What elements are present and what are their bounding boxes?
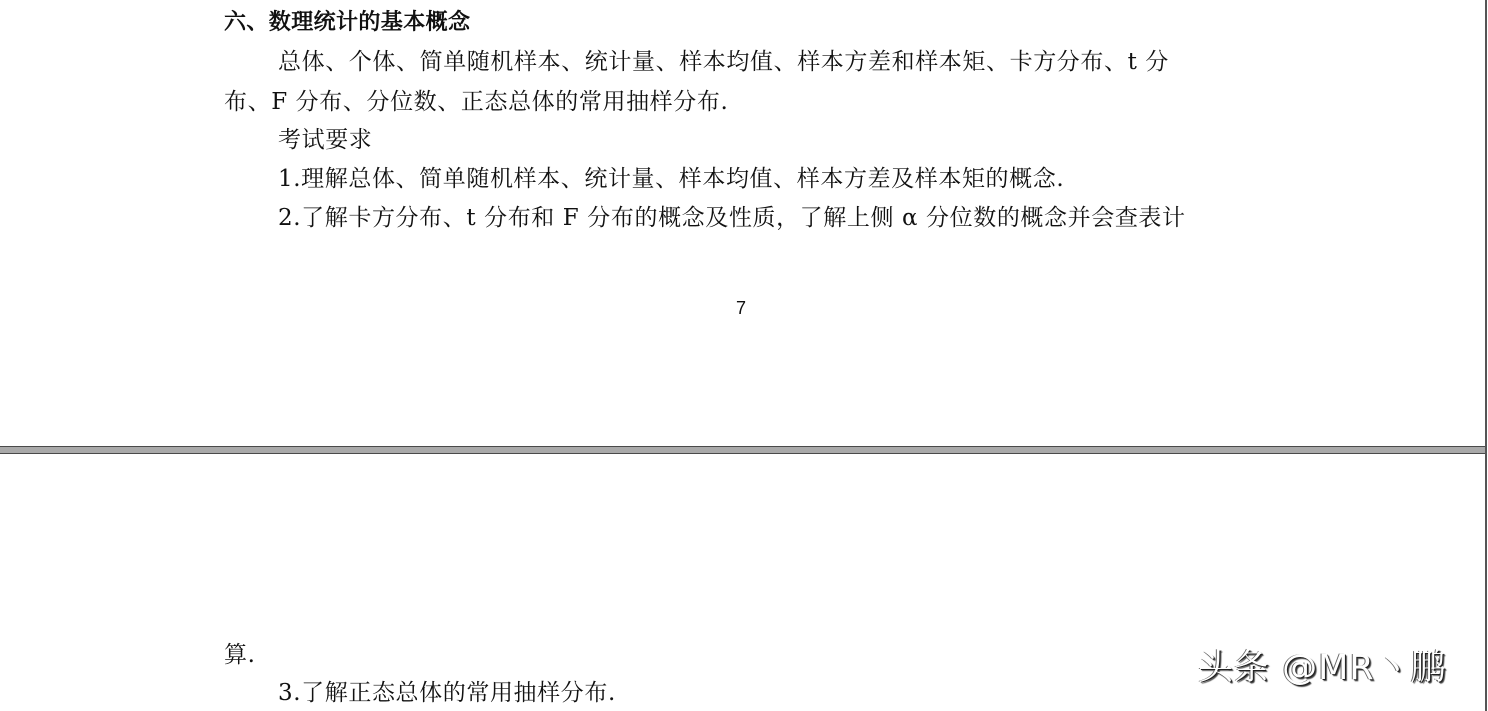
document-viewport[interactable]: 六、数理统计的基本概念 总体、个体、简单随机样本、统计量、样本均值、样本方差和样… (0, 0, 1488, 711)
concept-paragraph-line-2: 布、F 分布、分位数、正态总体的常用抽样分布. (224, 87, 728, 117)
watermark-text: 头条 @MR丶鹏 (1198, 646, 1447, 690)
page-number: 7 (736, 297, 746, 319)
section-heading: 六、数理统计的基本概念 (224, 8, 470, 38)
requirement-item-3: 3.了解正态总体的常用抽样分布. (278, 678, 616, 708)
page-right-border (1485, 0, 1487, 711)
requirement-item-2: 2.了解卡方分布、t 分布和 F 分布的概念及性质，了解上侧 α 分位数的概念并… (278, 203, 1186, 233)
requirement-item-2-continued: 算. (224, 640, 256, 670)
requirements-title: 考试要求 (278, 125, 372, 155)
document-page-7: 六、数理统计的基本概念 总体、个体、简单随机样本、统计量、样本均值、样本方差和样… (0, 0, 1486, 446)
page-break-separator (0, 446, 1486, 454)
concept-paragraph-line-1: 总体、个体、简单随机样本、统计量、样本均值、样本方差和样本矩、卡方分布、t 分 (278, 47, 1169, 77)
requirement-item-1: 1.理解总体、简单随机样本、统计量、样本均值、样本方差及样本矩的概念. (278, 164, 1064, 194)
